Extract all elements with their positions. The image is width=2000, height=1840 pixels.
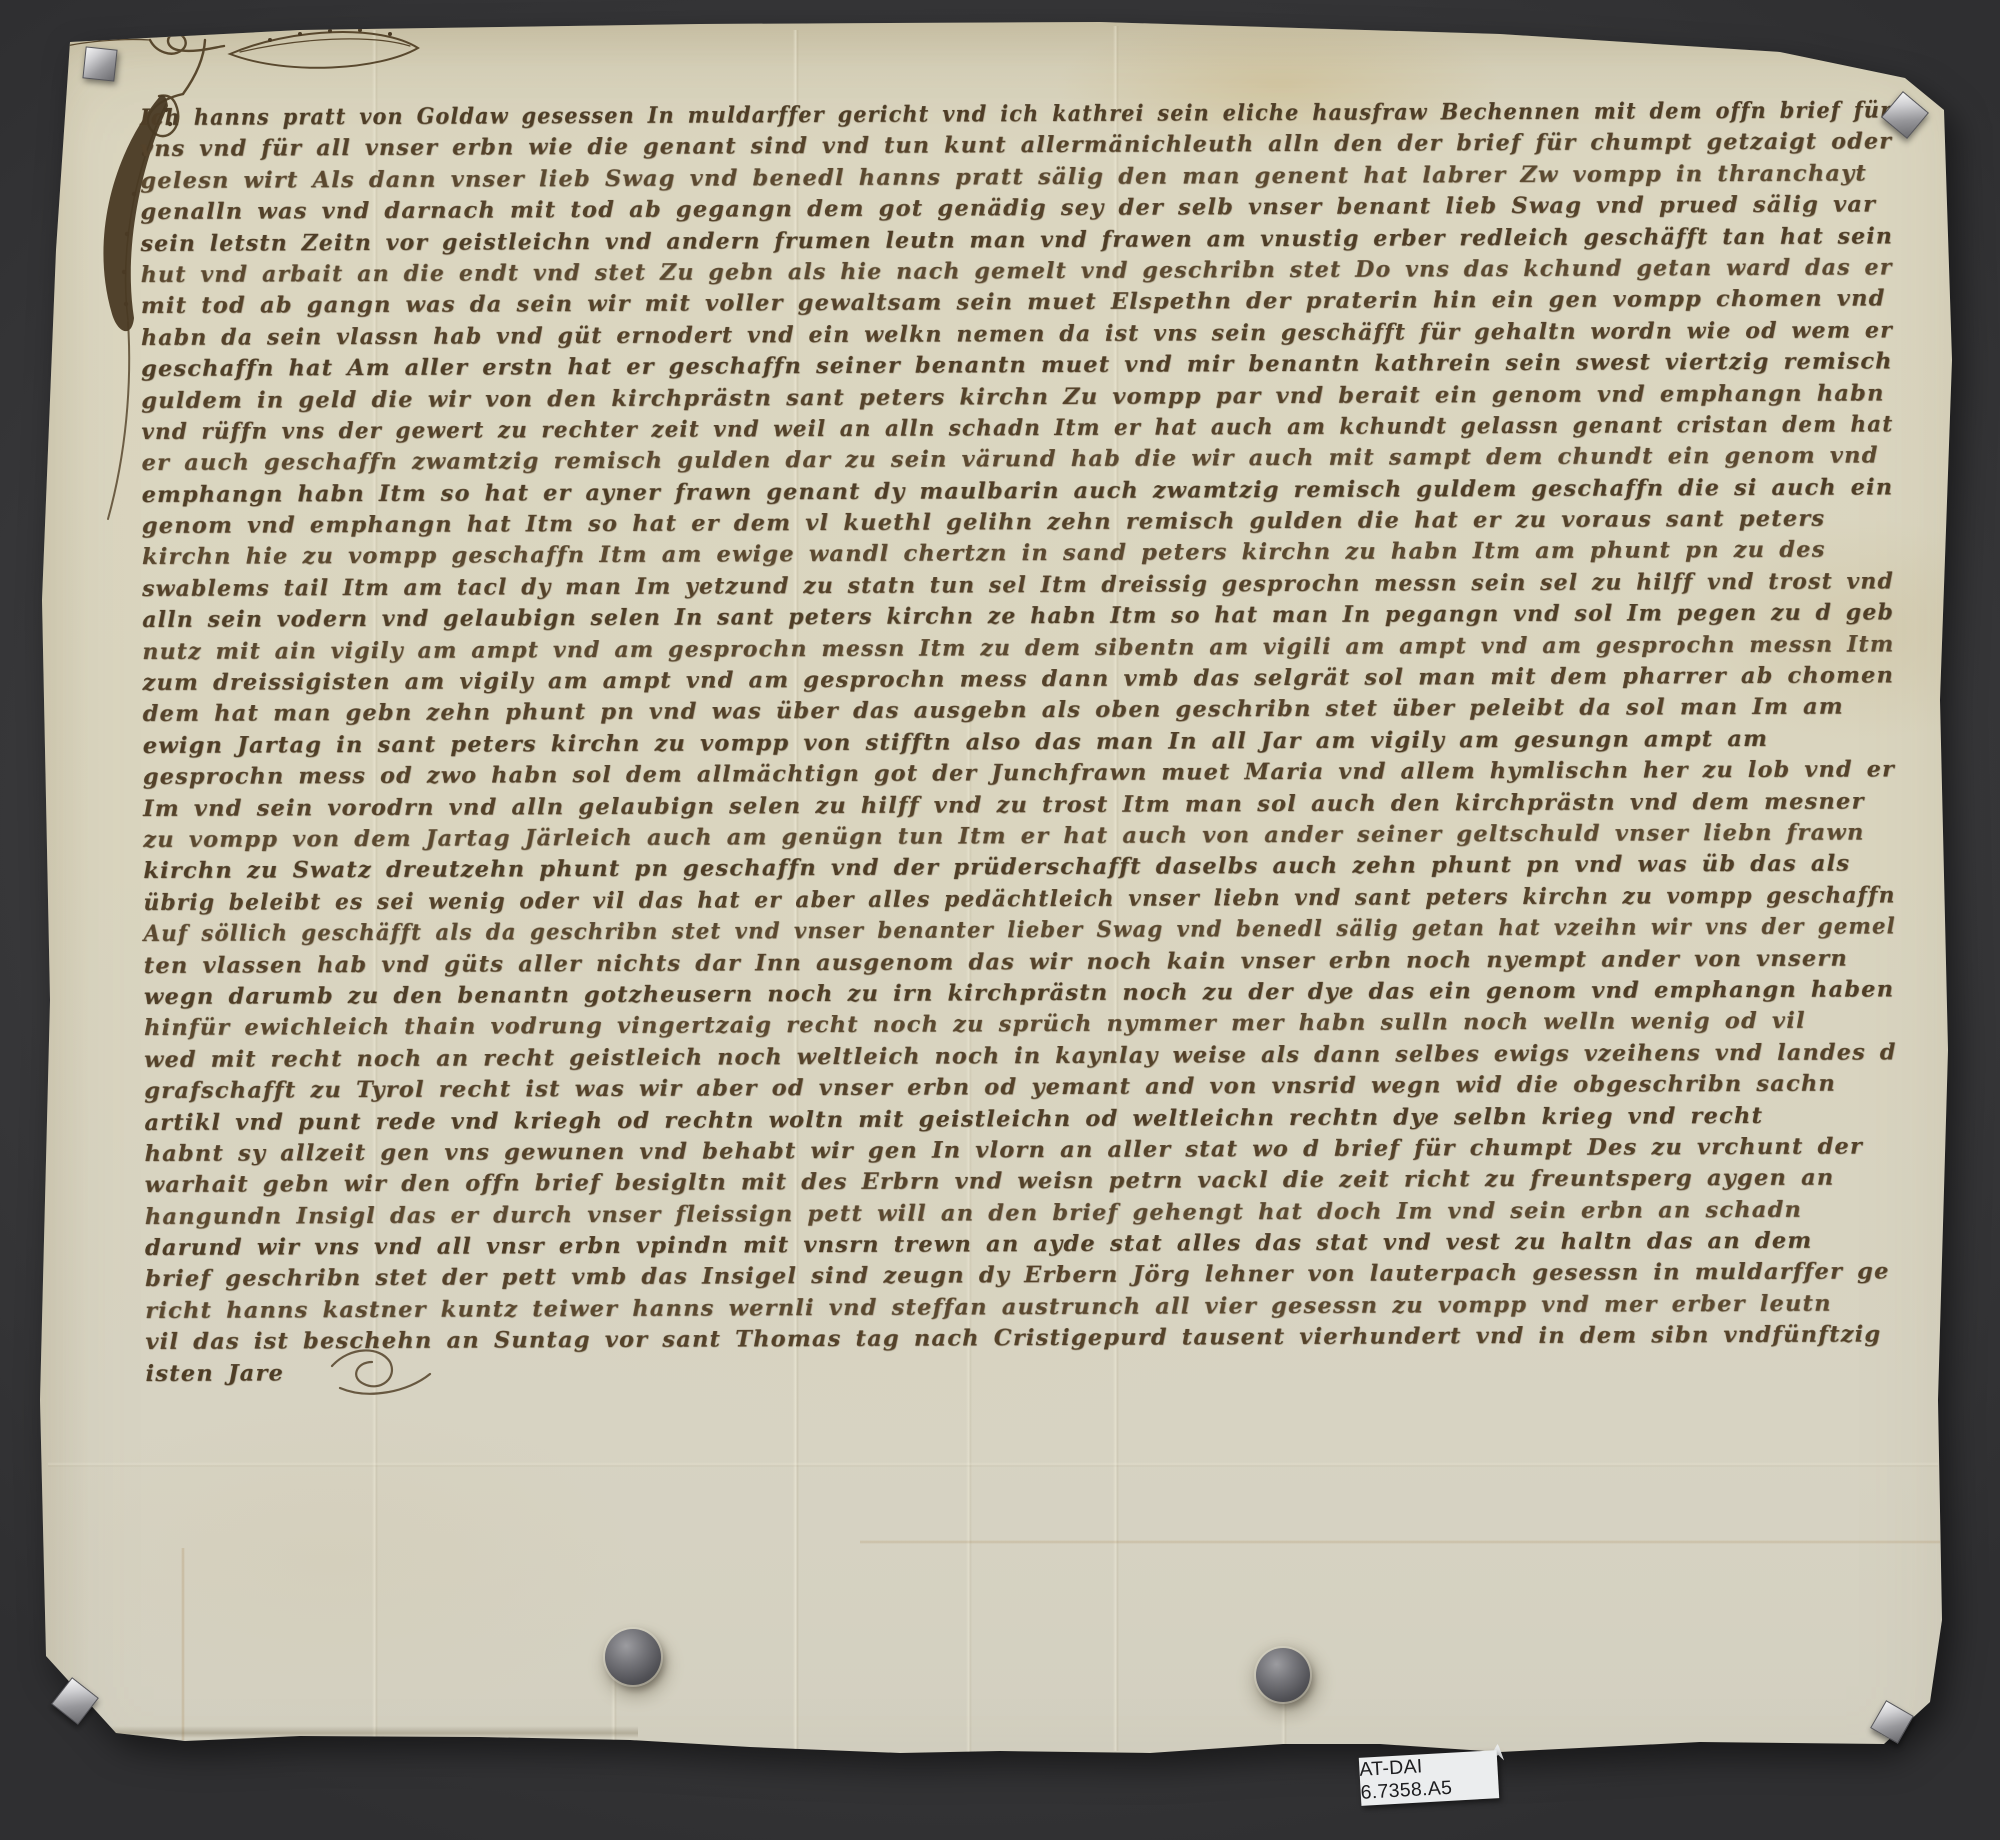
stained-fold-crease [181, 1548, 185, 1740]
corner-magnet [82, 46, 117, 81]
parchment-wrap: Ich hanns pratt von Goldaw gesessen In m… [0, 0, 2000, 1840]
disc-magnet [1256, 1648, 1310, 1702]
horizontal-fold-crease [860, 1540, 1940, 1544]
horizontal-fold-crease [48, 1462, 1938, 1467]
parchment-charter: Ich hanns pratt von Goldaw gesessen In m… [0, 0, 2000, 1840]
bottom-fold-shadow [58, 1726, 638, 1738]
archival-label: AT-DAI 6.7358.A5 [1359, 1750, 1499, 1806]
end-flourish [318, 1336, 438, 1406]
manuscript-text: Ich hanns pratt von Goldaw gesessen In m… [140, 95, 1898, 1390]
photograph-stage: Ich hanns pratt von Goldaw gesessen In m… [0, 0, 2000, 1840]
archival-label-text: AT-DAI 6.7358.A5 [1359, 1751, 1499, 1805]
disc-magnet [605, 1629, 661, 1685]
